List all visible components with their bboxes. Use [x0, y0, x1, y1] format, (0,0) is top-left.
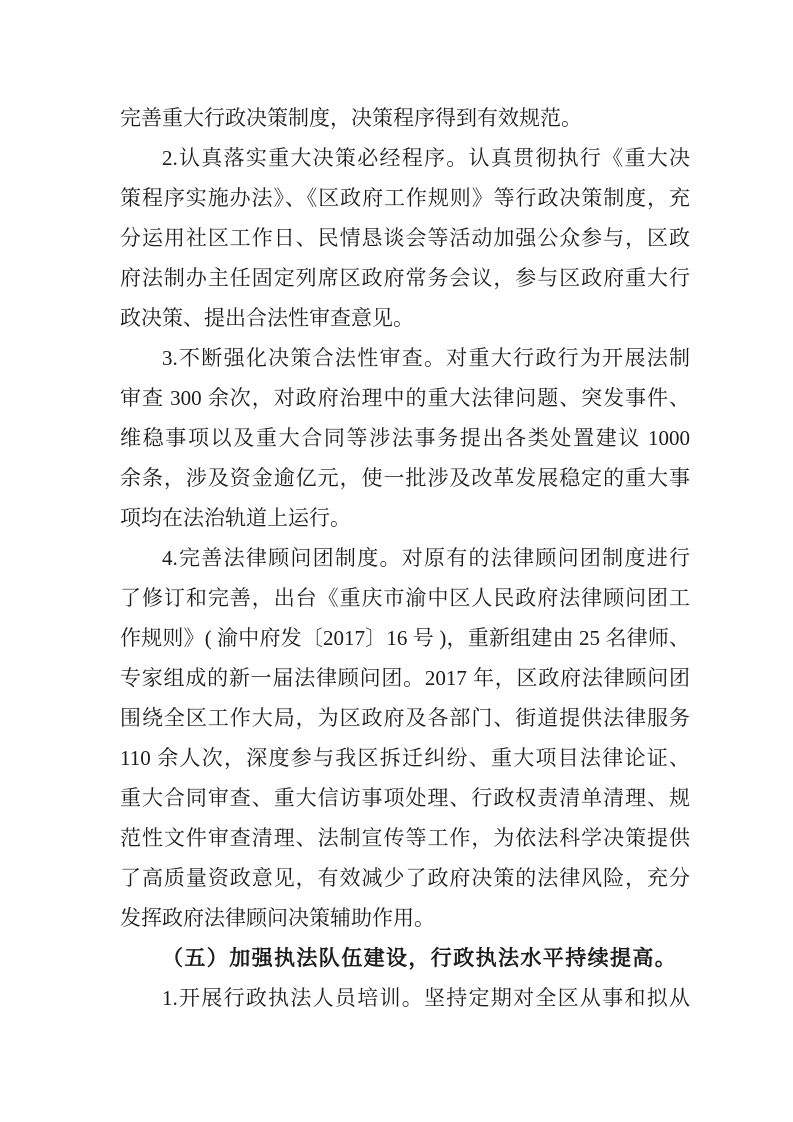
text-line: 4.完善法律顾问团制度。对原有的法律顾问团制度进行 [120, 538, 690, 578]
text-line: 维稳事项以及重大合同等涉法事务提出各类处置建议 1000 [120, 418, 690, 458]
text-line: 府法制办主任固定列席区政府常务会议，参与区政府重大行 [120, 258, 690, 298]
text-line: 作规则》( 渝中府发〔2017〕16 号 )，重新组建由 25 名律师、 [120, 618, 690, 658]
text-line: 1.开展行政执法人员培训。坚持定期对全区从事和拟从 [120, 978, 690, 1018]
text-line: 完善重大行政决策制度，决策程序得到有效规范。 [120, 98, 690, 138]
section-heading-line: （五）加强执法队伍建设，行政执法水平持续提高。 [120, 938, 690, 978]
paragraph: 4.完善法律顾问团制度。对原有的法律顾问团制度进行了修订和完善，出台《重庆市渝中… [120, 538, 690, 938]
text-line: 发挥政府法律顾问决策辅助作用。 [120, 898, 690, 938]
paragraph: 2.认真落实重大决策必经程序。认真贯彻执行《重大决策程序实施办法》、《区政府工作… [120, 138, 690, 338]
text-block: 完善重大行政决策制度，决策程序得到有效规范。2.认真落实重大决策必经程序。认真贯… [120, 98, 690, 1018]
text-line: 了修订和完善，出台《重庆市渝中区人民政府法律顾问团工 [120, 578, 690, 618]
text-line: 了高质量资政意见，有效减少了政府决策的法律风险，充分 [120, 858, 690, 898]
document-page: 完善重大行政决策制度，决策程序得到有效规范。2.认真落实重大决策必经程序。认真贯… [0, 0, 793, 1122]
text-line: 3.不断强化决策合法性审查。对重大行政行为开展法制 [120, 338, 690, 378]
paragraph: 完善重大行政决策制度，决策程序得到有效规范。 [120, 98, 690, 138]
text-line: 政决策、提出合法性审查意见。 [120, 298, 690, 338]
text-line: 围绕全区工作大局，为区政府及各部门、街道提供法律服务 [120, 698, 690, 738]
paragraph: 3.不断强化决策合法性审查。对重大行政行为开展法制审查 300 余次，对政府治理… [120, 338, 690, 538]
text-line: 110 余人次，深度参与我区拆迁纠纷、重大项目法律论证、 [120, 738, 690, 778]
text-line: 分运用社区工作日、民情恳谈会等活动加强公众参与，区政 [120, 218, 690, 258]
text-line: 审查 300 余次，对政府治理中的重大法律问题、突发事件、 [120, 378, 690, 418]
text-line: 余条，涉及资金逾亿元，使一批涉及改革发展稳定的重大事 [120, 458, 690, 498]
text-line: 重大合同审查、重大信访事项处理、行政权责清单清理、规 [120, 778, 690, 818]
text-line: 范性文件审查清理、法制宣传等工作，为依法科学决策提供 [120, 818, 690, 858]
text-line: 项均在法治轨道上运行。 [120, 498, 690, 538]
paragraph: 1.开展行政执法人员培训。坚持定期对全区从事和拟从 [120, 978, 690, 1018]
text-line: 专家组成的新一届法律顾问团。2017 年，区政府法律顾问团 [120, 658, 690, 698]
text-line: 2.认真落实重大决策必经程序。认真贯彻执行《重大决 [120, 138, 690, 178]
text-line: 策程序实施办法》、《区政府工作规则》等行政决策制度，充 [120, 178, 690, 218]
section-heading: （五）加强执法队伍建设，行政执法水平持续提高。 [120, 938, 690, 978]
